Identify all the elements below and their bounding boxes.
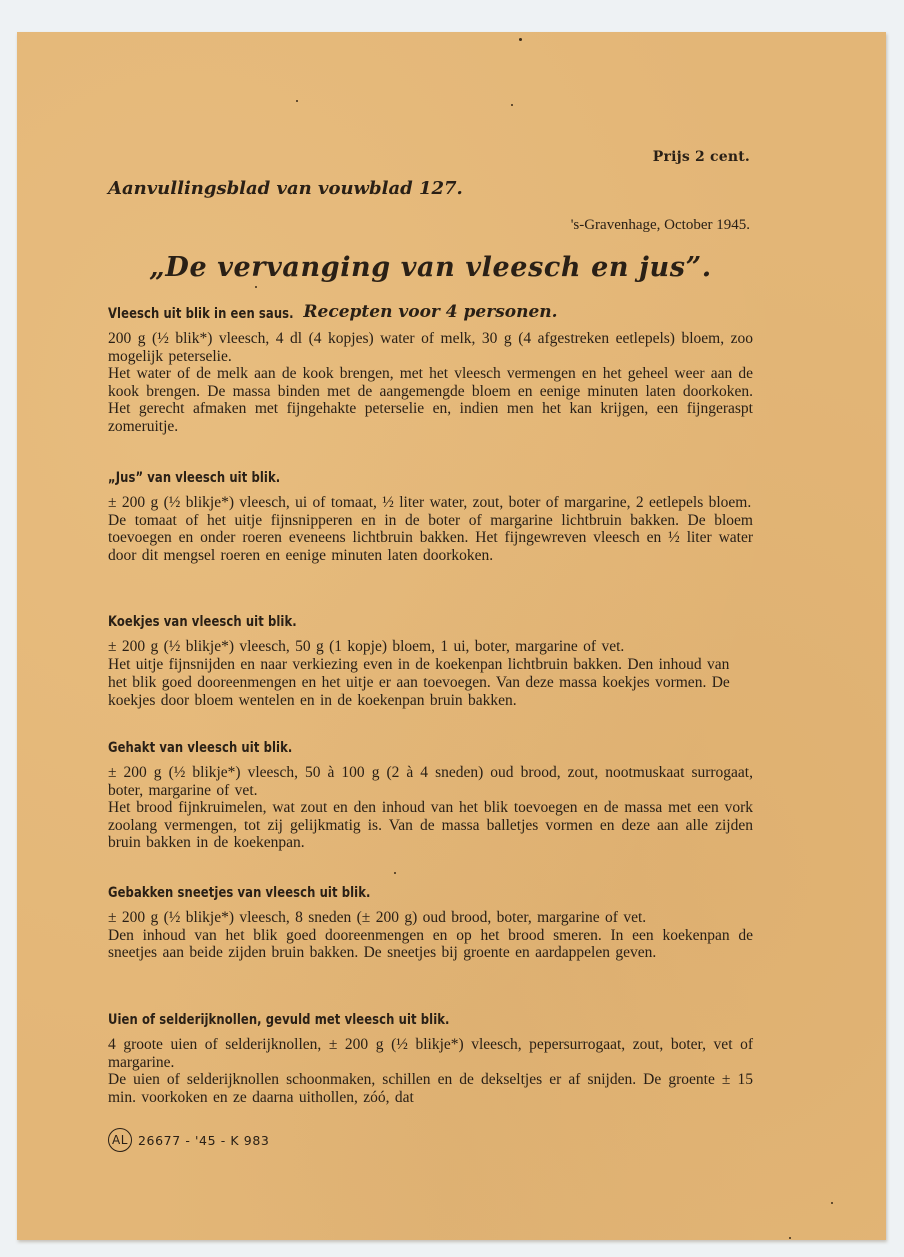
supplement-title: Aanvullingsblad van vouwblad 127. <box>108 178 463 199</box>
paper-speck <box>394 872 396 874</box>
print-code: 26677 - '45 - K 983 <box>138 1133 269 1148</box>
recipe-title: „Jus” van vleesch uit blik. <box>108 470 701 486</box>
paper-speck <box>831 1202 833 1204</box>
document-title: „De vervanging van vleesch en jus”. <box>108 252 753 283</box>
recipe-method: De tomaat of het uitje fijnsnipperen en … <box>108 512 753 565</box>
recipe-ingredients: 4 groote uien of selderijknollen, ± 200 … <box>108 1036 753 1071</box>
paper-speck <box>511 104 513 106</box>
recipe-ingredients: ± 200 g (½ blikje*) vleesch, ui of tomaa… <box>108 494 753 512</box>
recipe-section: Vleesch uit blik in een saus. 200 g (½ b… <box>108 306 753 435</box>
recipe-method: Den inhoud van het blik goed dooreenmeng… <box>108 927 753 962</box>
recipe-method: Het uitje fijnsnijden en naar verkiezing… <box>108 656 730 709</box>
recipe-method: De uien of selderijknollen schoonmaken, … <box>108 1071 753 1106</box>
al-circle-logo-icon: AL <box>108 1128 132 1152</box>
recipe-ingredients: ± 200 g (½ blikje*) vleesch, 50 g (1 kop… <box>108 638 753 656</box>
recipe-title: Koekjes van vleesch uit blik. <box>108 614 701 630</box>
paper-speck <box>255 286 257 288</box>
recipe-section: „Jus” van vleesch uit blik. ± 200 g (½ b… <box>108 470 753 564</box>
recipe-method: Het water of de melk aan de kook brengen… <box>108 365 753 435</box>
recipe-ingredients: ± 200 g (½ blikje*) vleesch, 50 à 100 g … <box>108 764 753 799</box>
place-date: 's-Gravenhage, October 1945. <box>571 217 750 234</box>
paper-speck <box>789 1237 791 1239</box>
recipe-section: Gebakken sneetjes van vleesch uit blik. … <box>108 885 753 962</box>
paper-speck <box>296 100 298 102</box>
print-footer: AL 26677 - '45 - K 983 <box>108 1128 269 1152</box>
recipe-ingredients: 200 g (½ blik*) vleesch, 4 dl (4 kopjes)… <box>108 330 753 365</box>
recipe-section: Gehakt van vleesch uit blik. ± 200 g (½ … <box>108 740 753 852</box>
price-label: Prijs 2 cent. <box>653 149 750 165</box>
recipe-section: Uien of selderijknollen, gevuld met vlee… <box>108 1012 753 1106</box>
recipe-title: Gehakt van vleesch uit blik. <box>108 740 701 756</box>
recipe-title: Uien of selderijknollen, gevuld met vlee… <box>108 1012 701 1028</box>
paper-speck <box>519 38 522 41</box>
recipe-ingredients: ± 200 g (½ blikje*) vleesch, 8 sneden (±… <box>108 909 753 927</box>
recipe-section: Koekjes van vleesch uit blik. ± 200 g (½… <box>108 614 753 710</box>
recipe-method: Het brood fijnkruimelen, wat zout en den… <box>108 799 753 852</box>
recipe-title: Vleesch uit blik in een saus. <box>108 306 701 322</box>
document-page: Prijs 2 cent. Aanvullingsblad van vouwbl… <box>17 32 886 1240</box>
recipe-title: Gebakken sneetjes van vleesch uit blik. <box>108 885 701 901</box>
